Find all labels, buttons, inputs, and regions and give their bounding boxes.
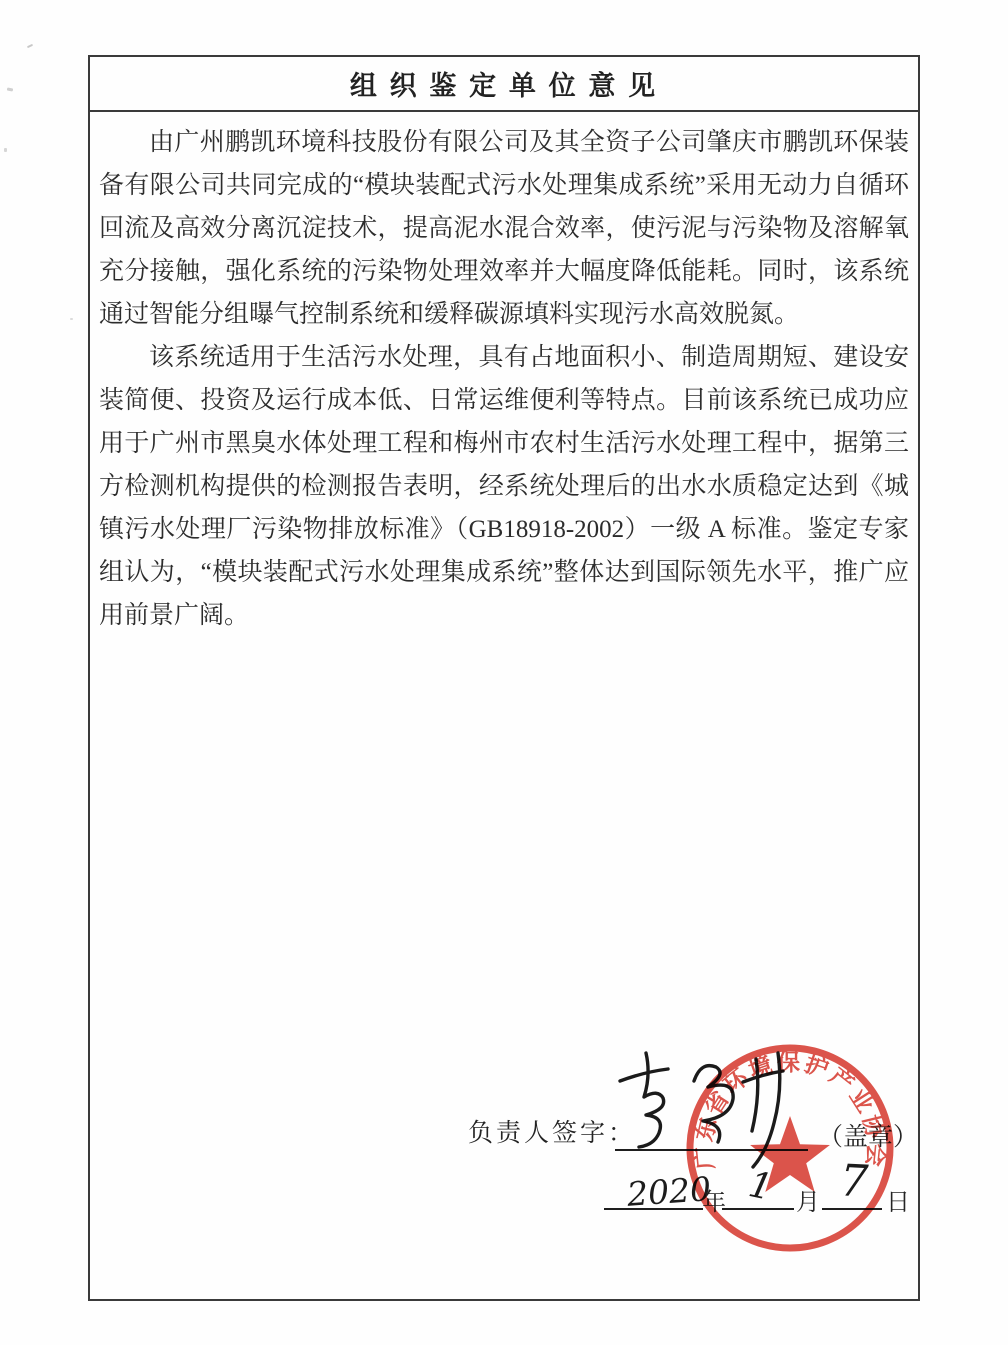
scan-speck <box>70 318 73 320</box>
red-star-official-seal-icon: 广东省环境保护产业协会 <box>682 1040 898 1256</box>
document-title-row: 组 织 鉴 定 单 位 意 见 <box>90 57 918 112</box>
scan-speck <box>4 148 7 152</box>
document-title: 组 织 鉴 定 单 位 意 见 <box>350 64 658 103</box>
scan-speck <box>27 44 33 48</box>
document-body: 由广州鹏凯环境科技股份有限公司及其全资子公司肇庆市鹏凯环保装备有限公司共同完成的… <box>90 112 918 637</box>
scan-speck <box>7 88 13 92</box>
scanned-document-page: 组 织 鉴 定 单 位 意 见 由广州鹏凯环境科技股份有限公司及其全资子公司肇庆… <box>0 0 1008 1345</box>
paragraph-1: 由广州鹏凯环境科技股份有限公司及其全资子公司肇庆市鹏凯环保装备有限公司共同完成的… <box>99 121 909 336</box>
paragraph-2: 该系统适用于生活污水处理，具有占地面积小、制造周期短、建设安装简便、投资及运行成… <box>99 336 909 637</box>
seal-star-icon <box>750 1116 830 1192</box>
